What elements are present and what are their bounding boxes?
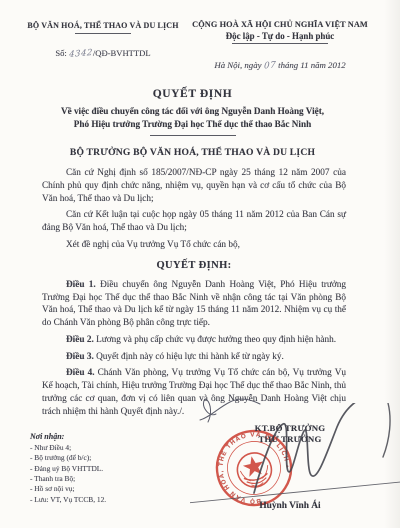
date-prefix: Hà Nội, ngày xyxy=(214,60,261,70)
recipient-item: - Như Điều 4; xyxy=(30,443,175,453)
article-paragraph: Điều 3. Quyết định này có hiệu lực thi h… xyxy=(42,351,346,364)
title-block: QUYẾT ĐỊNH Về việc điều chuyển công tác … xyxy=(30,88,355,158)
document-type-title: QUYẾT ĐỊNH xyxy=(30,88,355,100)
doc-number-label: Số: xyxy=(55,48,66,58)
recipient-item: - Lưu: VT, Vụ TCCB, 12. xyxy=(30,495,175,505)
document-subject: Về việc điều chuyển công tác đối với ông… xyxy=(30,105,355,131)
article-text: Quyết định này có hiệu lực thi hành kể t… xyxy=(96,352,284,362)
recipient-item: - Bộ trưởng (để b/c); xyxy=(30,453,175,463)
date-suffix: tháng 11 năm 2012 xyxy=(278,60,346,70)
recipients-block: Nơi nhận: - Như Điều 4; - Bộ trưởng (để … xyxy=(30,432,175,505)
signer-title-line1: KT.BỘ TRƯỞNG xyxy=(208,423,372,434)
recipient-item: - Đảng uỷ Bộ VHTTDL. xyxy=(30,464,175,474)
date-day-handwritten: 07 xyxy=(263,60,276,71)
place-and-date: Hà Nội, ngày 07 tháng 11 năm 2012 xyxy=(190,60,370,71)
org-underline xyxy=(75,33,131,34)
article-label: Điều 4. xyxy=(66,368,95,378)
article-label: Điều 2. xyxy=(66,335,94,345)
document-number: Số: 4342/QĐ-BVHTTDL xyxy=(12,48,194,59)
doc-number-handwritten: 4342 xyxy=(69,48,93,60)
signer-title-line2: THỨ TRƯỞNG xyxy=(208,434,372,445)
recipient-item: - Hồ sơ nội vụ; xyxy=(30,484,175,494)
preamble-paragraph: Căn cứ Kết luận tại cuộc họp ngày 05 thá… xyxy=(42,209,346,235)
signer-block: KT.BỘ TRƯỞNG THỨ TRƯỞNG Huỳnh Vĩnh Ái xyxy=(208,423,372,511)
subject-underline xyxy=(150,135,236,136)
decision-heading: QUYẾT ĐỊNH: xyxy=(42,259,346,273)
national-header-block: CỘNG HOÀ XÃ HỘI CHỦ NGHĨA VIỆT NAM Độc l… xyxy=(190,20,370,71)
article-paragraph: Điều 2. Lương và phụ cấp chức vụ được hư… xyxy=(42,334,346,347)
article-label: Điều 3. xyxy=(66,352,94,362)
issuing-org-name: BỘ VĂN HOÁ, THỂ THAO VÀ DU LỊCH xyxy=(12,21,194,30)
recipients-heading: Nơi nhận: xyxy=(30,432,175,441)
document-body: Căn cứ Nghị định số 185/2007/NĐ-CP ngày … xyxy=(42,167,346,422)
subject-line-2: Phó Hiệu trưởng Trường Đại học Thể dục t… xyxy=(30,118,355,131)
national-motto: Độc lập - Tự do - Hạnh phúc xyxy=(190,31,370,41)
scanned-decision-document: BỘ VĂN HOÁ, THỂ THAO VÀ DU LỊCH Số: 4342… xyxy=(0,0,400,528)
signer-name: Huỳnh Vĩnh Ái xyxy=(208,501,372,511)
article-paragraph: Điều 1. Điều chuyển ông Nguyễn Danh Hoàn… xyxy=(42,279,346,330)
motto-underline xyxy=(232,43,328,44)
article-label: Điều 1. xyxy=(66,280,96,290)
recipient-item: - Thanh tra Bộ; xyxy=(30,474,175,484)
doc-number-suffix: /QĐ-BVHTTDL xyxy=(93,48,151,58)
preamble-paragraph: Xét đề nghị của Vụ trưởng Vụ Tổ chức cán… xyxy=(42,239,346,252)
country-name: CỘNG HOÀ XÃ HỘI CHỦ NGHĨA VIỆT NAM xyxy=(190,20,370,29)
subject-line-1: Về việc điều chuyển công tác đối với ông… xyxy=(30,105,355,118)
article-text: Lương và phụ cấp chức vụ được hưởng theo… xyxy=(96,335,336,345)
issuing-authority: BỘ TRƯỞNG BỘ VĂN HOÁ, THỂ THAO VÀ DU LỊC… xyxy=(30,147,355,158)
issuing-org-block: BỘ VĂN HOÁ, THỂ THAO VÀ DU LỊCH Số: 4342… xyxy=(12,21,194,59)
preamble-paragraph: Căn cứ Nghị định số 185/2007/NĐ-CP ngày … xyxy=(42,167,346,205)
